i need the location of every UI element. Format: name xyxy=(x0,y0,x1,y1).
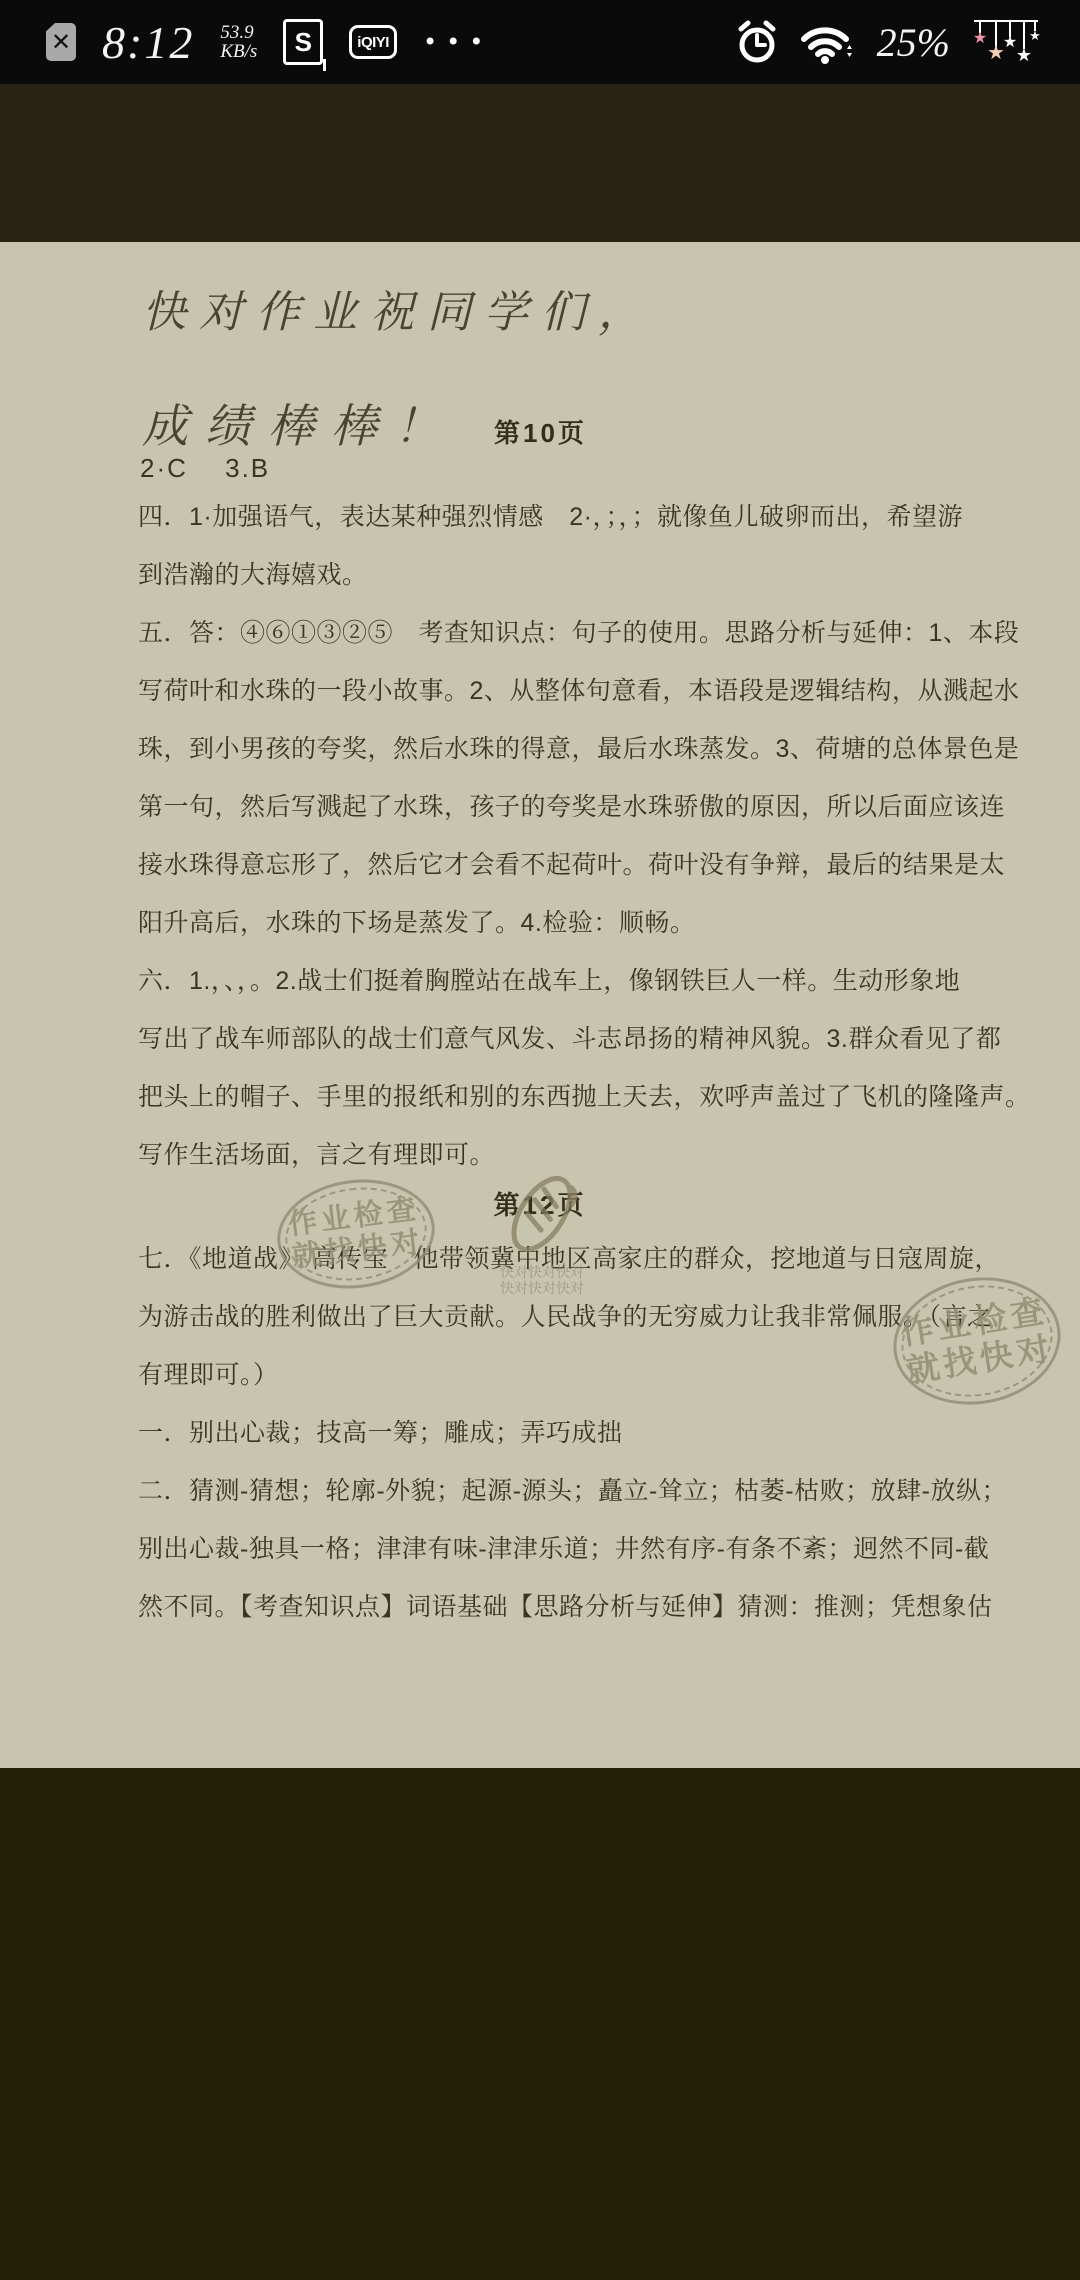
answer-line: 然不同。【考查知识点】词语基础【思路分析与延伸】猜测：推测；凭想象估 xyxy=(138,1578,1007,1636)
greeting-handwriting-line1: 快对作业祝同学们， xyxy=(142,276,655,340)
status-bar: ✕ 8:12 53.9 KB/s S iQIYI ••• 25% xyxy=(0,0,1080,84)
answer-line: 六．1.，、，。2.战士们挺着胸膛站在战车上，像钢铁巨人一样。生动形象地 xyxy=(138,952,1031,1010)
answer-line: 到浩瀚的大海嬉戏。 xyxy=(138,546,1031,604)
kuaidui-text-watermark: 快对快对快对 快对快对快对 xyxy=(500,1264,584,1296)
svg-text:★: ★ xyxy=(1029,28,1040,43)
alarm-clock-icon xyxy=(735,19,779,65)
bread-doodle-icon xyxy=(500,1166,584,1262)
answer-line: 接水珠得意忘形了，然后它才会看不起荷叶。荷叶没有争辩，最后的结果是太 xyxy=(138,836,1031,894)
answer-line: 写作生活场面，言之有理即可。 xyxy=(138,1126,1031,1184)
answer-line: 别出心裁-独具一格；津津有味-津津乐道；井然有序-有条不紊；迥然不同-截 xyxy=(138,1520,1007,1578)
answer-line: 一．别出心裁；技高一筹；雕成；弄巧成拙 xyxy=(138,1404,1007,1462)
page-10-heading: 第10页 xyxy=(494,413,587,450)
answer-line: 珠，到小男孩的夸奖，然后水珠的得意，最后水珠蒸发。3、荷塘的总体景色是 xyxy=(138,720,1031,778)
answer-line: 写出了战车师部队的战士们意气风发、斗志昂扬的精神风貌。3.群众看见了都 xyxy=(138,1010,1031,1068)
wifi-icon xyxy=(801,19,855,65)
answer-line: 四．1·加强语气，表达某种强烈情感 2·，；，；就像鱼儿破卵而出，希望游 xyxy=(138,488,1031,546)
page-10-answers: 四．1·加强语气，表达某种强烈情感 2·，；，；就像鱼儿破卵而出，希望游 到浩瀚… xyxy=(138,488,1031,1184)
svg-text:★: ★ xyxy=(973,30,987,47)
sim-error-icon: ✕ xyxy=(46,23,76,61)
status-time: 8:12 xyxy=(102,16,194,69)
svg-text:★: ★ xyxy=(1016,45,1032,65)
iqiyi-app-icon: iQIYI xyxy=(349,25,397,59)
answer-line: 有理即可。） xyxy=(138,1346,1007,1404)
answer-line: 写荷叶和水珠的一段小故事。2、从整体句意看，本语段是逻辑结构，从溅起水 xyxy=(138,662,1031,720)
answer-line: 第一句，然后写溅起了水珠，孩子的夸奖是水珠骄傲的原因，所以后面应该连 xyxy=(138,778,1031,836)
status-bar-left: ✕ 8:12 53.9 KB/s S iQIYI ••• xyxy=(46,16,492,69)
answers-2c-3b: 2·C 3.B xyxy=(140,448,270,485)
greeting-handwriting-line2: 成绩棒棒！ xyxy=(142,390,457,456)
network-speed-unit: KB/s xyxy=(220,42,257,61)
network-speed: 53.9 KB/s xyxy=(220,23,257,61)
answer-line: 二．猜测-猜想；轮廓-外貌；起源-源头；矗立-耸立；枯萎-枯败；放肆-放纵； xyxy=(138,1462,1007,1520)
screenshot-app-icon: S xyxy=(283,19,323,65)
answer-line: 把头上的帽子、手里的报纸和别的东西抛上天去，欢呼声盖过了飞机的隆隆声。 xyxy=(138,1068,1031,1126)
more-notifications-icon: ••• xyxy=(423,28,492,56)
status-bar-right: 25% ★ ★ ★ ★ ★ xyxy=(735,15,1040,69)
network-speed-value: 53.9 xyxy=(220,23,257,42)
answer-page-image[interactable]: 快对作业祝同学们， 成绩棒棒！ 第10页 2·C 3.B 四．1·加强语气，表达… xyxy=(0,242,1080,1768)
battery-percent: 25% xyxy=(877,19,950,66)
app-background-top xyxy=(0,84,1080,242)
answer-line: 五．答：④⑥①③②⑤ 考查知识点：句子的使用。思路分析与延伸：1、本段 xyxy=(138,604,1031,662)
answer-line: 为游击战的胜利做出了巨大贡献。人民战争的无穷威力让我非常佩服。（言之 xyxy=(138,1288,1007,1346)
battery-stars-icon: ★ ★ ★ ★ ★ xyxy=(972,15,1040,69)
answer-line: 阳升高后，水珠的下场是蒸发了。4.检验：顺畅。 xyxy=(138,894,1031,952)
